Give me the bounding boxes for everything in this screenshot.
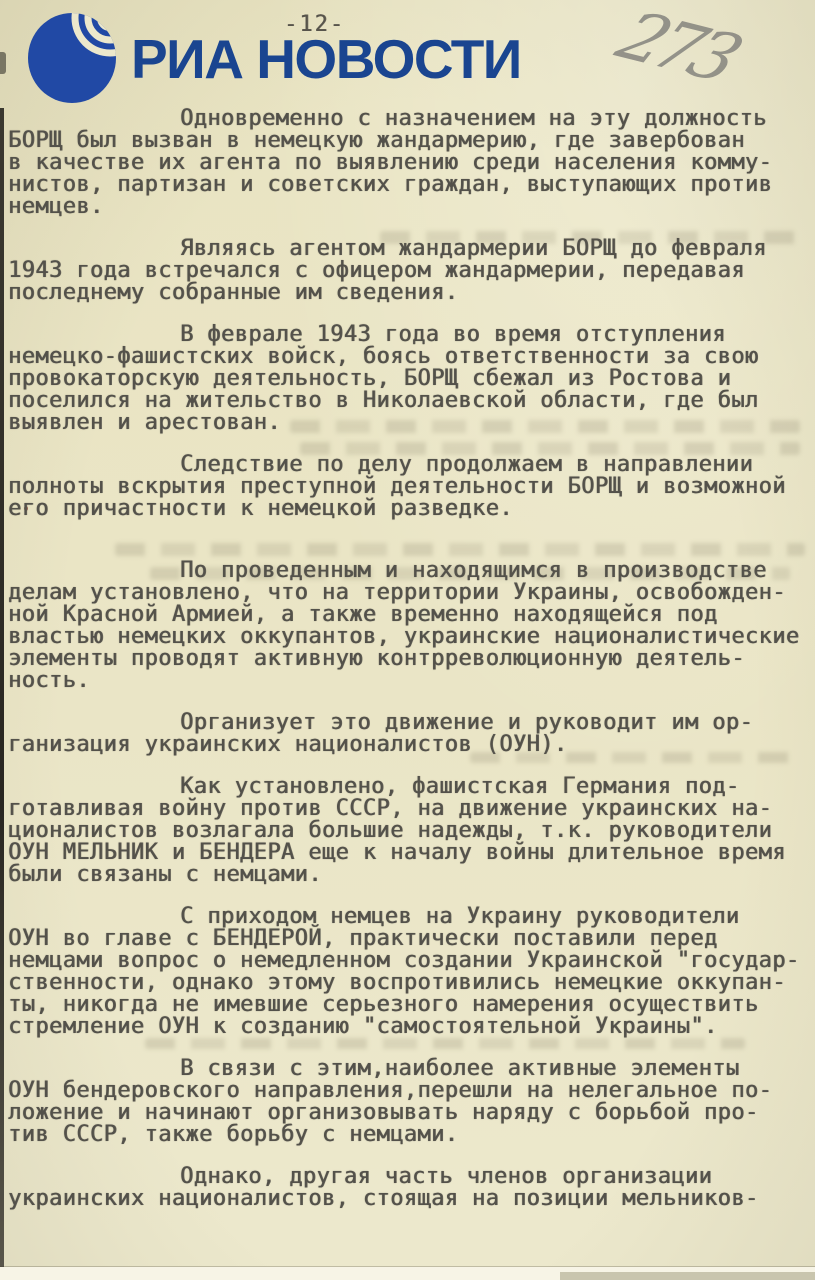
scanned-document-page: -12- РИА НОВОСТИ 273 Одновременно с назн…	[0, 0, 815, 1280]
text-line: провокаторскую деятельность, БОРЩ сбежал…	[8, 368, 808, 390]
text-line: Однако, другая часть членов организации	[8, 1166, 808, 1188]
text-line: По проведенным и находящимся в производс…	[8, 560, 808, 582]
paragraph: В феврале 1943 года во время отступления…	[8, 324, 808, 434]
text-line: Как установлено, фашистская Германия под…	[8, 776, 808, 798]
globe-icon	[26, 10, 118, 108]
text-line: элементы проводят активную контрреволюци…	[8, 648, 808, 670]
text-line: были связаны с немцами.	[8, 864, 808, 886]
text-line: выявлен и арестован.	[8, 412, 808, 434]
text-line: Организует это движение и руководит им о…	[8, 712, 808, 734]
text-line: немцев.	[8, 196, 808, 218]
text-line: ОУН МЕЛЬНИК и БЕНДЕРА еще к началу войны…	[8, 842, 808, 864]
text-line: нистов, партизан и советских граждан, вы…	[8, 174, 808, 196]
document-body: Одновременно с назначением на эту должно…	[8, 108, 808, 1230]
text-line: ганизация украинских националистов (ОУН)…	[8, 734, 808, 756]
text-line: ционалистов возлагала большие надежды, т…	[8, 820, 808, 842]
handwritten-page-number: 273	[605, 0, 749, 97]
text-line: стремление ОУН к созданию "самостоятельн…	[8, 1016, 808, 1038]
text-line: В связи с этим,наиболее активные элемент…	[8, 1058, 808, 1080]
text-line: БОРЩ был вызван в немецкую жандармерию, …	[8, 130, 808, 152]
paragraph: Однако, другая часть членов организацииу…	[8, 1166, 808, 1210]
text-line: немецко-фашистских войск, боясь ответств…	[8, 346, 808, 368]
text-line: Являясь агентом жандармерии БОРЩ до февр…	[8, 238, 808, 260]
text-line: последнему собранные им сведения.	[8, 282, 808, 304]
text-line: его причастности к немецкой разведке.	[8, 498, 808, 520]
text-line: украинских националистов, стоящая на поз…	[8, 1188, 808, 1210]
paragraph: Одновременно с назначением на эту должно…	[8, 108, 808, 218]
text-line: С приходом немцев на Украину руководител…	[8, 906, 808, 928]
text-line: Следствие по делу продолжаем в направлен…	[8, 454, 808, 476]
text-line: делам установлено, что на территории Укр…	[8, 582, 808, 604]
scan-edge-notch	[0, 52, 6, 74]
text-line: ты, никогда не имевшие серьезного намере…	[8, 994, 808, 1016]
scan-left-edge	[0, 108, 4, 1270]
paragraph: Следствие по делу продолжаем в направлен…	[8, 454, 808, 520]
text-line: в качестве их агента по выявлению среди …	[8, 152, 808, 174]
paragraph: Как установлено, фашистская Германия под…	[8, 776, 808, 886]
text-line: тив СССР, также борьбу с немцами.	[8, 1124, 808, 1146]
text-line: поселился на жительство в Николаевской о…	[8, 390, 808, 412]
text-line: ложение и начинают организовывать наряду…	[8, 1102, 808, 1124]
text-line: ственности, однако этому воспротивились …	[8, 972, 808, 994]
text-line: ной Красной Армией, а также временно нах…	[8, 604, 808, 626]
text-line: Одновременно с назначением на эту должно…	[8, 108, 808, 130]
text-line: готавливая войну против СССР, на движени…	[8, 798, 808, 820]
scan-bottom-edge-shadow	[560, 1272, 815, 1280]
text-line: полноты вскрытия преступной деятельности…	[8, 476, 808, 498]
paragraph: Организует это движение и руководит им о…	[8, 712, 808, 756]
paragraph: С приходом немцев на Украину руководител…	[8, 906, 808, 1038]
ria-novosti-logo: РИА НОВОСТИ	[26, 10, 521, 108]
logo-wordmark: РИА НОВОСТИ	[131, 27, 521, 91]
text-line: ность.	[8, 670, 808, 692]
paragraph: В связи с этим,наиболее активные элемент…	[8, 1058, 808, 1146]
text-line: В феврале 1943 года во время отступления	[8, 324, 808, 346]
text-line: властью немецких оккупантов, украинские …	[8, 626, 808, 648]
paragraph: По проведенным и находящимся в производс…	[8, 560, 808, 692]
text-line: ОУН во главе с БЕНДЕРОЙ, практически пос…	[8, 928, 808, 950]
paragraph: Являясь агентом жандармерии БОРЩ до февр…	[8, 238, 808, 304]
text-line: ОУН бендеровского направления,перешли на…	[8, 1080, 808, 1102]
text-line: 1943 года встречался с офицером жандарме…	[8, 260, 808, 282]
text-line: немцами вопрос о немедленном создании Ук…	[8, 950, 808, 972]
